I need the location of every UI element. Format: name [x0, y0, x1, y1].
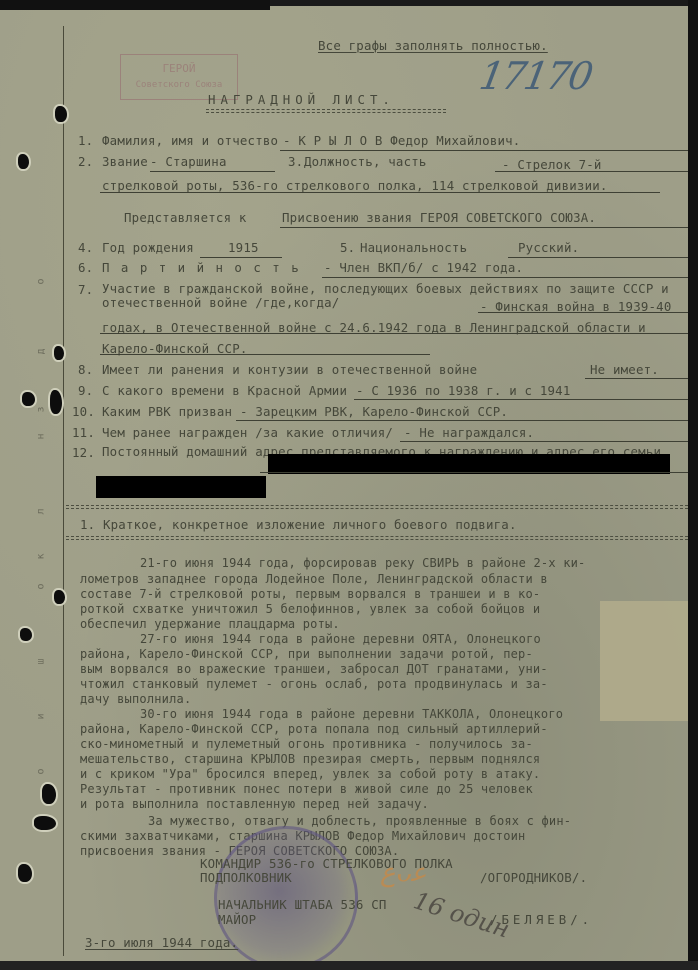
redacted-address [268, 454, 670, 474]
punch-hole [22, 392, 35, 406]
field-5-num: 5. [340, 240, 355, 255]
narrative-line: обеспечил удержание плацдарма роты. [80, 617, 340, 631]
narrative-line: и рота выполнила поставленную перед ней … [80, 797, 429, 811]
field-4-num: 4. [78, 240, 93, 255]
margin-mark: д [36, 348, 47, 354]
award-document-page: о д з н л к о ш и о Все графы заполнять … [0, 6, 688, 961]
document-date: 3-го июля 1944 года. [85, 935, 238, 950]
chief-of-staff-title: НАЧАЛЬНИК ШТАБА 536 СП [218, 897, 387, 912]
commander-name: /ОГОРОДНИКОВ/. [480, 870, 587, 885]
narrative-line: ско-минометный и пулеметный огонь против… [80, 737, 533, 751]
field-6-label: П а р т и й н о с т ь [102, 260, 301, 275]
commander-rank: ПОДПОЛКОВНИК [200, 870, 292, 885]
field-6-value: - Член ВКП/б/ с 1942 года. [324, 260, 523, 275]
section-divider [66, 505, 688, 506]
field-8-value: Не имеет. [590, 362, 659, 377]
field-9-num: 9. [78, 383, 93, 398]
punch-hole [34, 816, 56, 830]
narrative-line: и с криком "Ура" бросился вперед, увлек … [80, 767, 540, 781]
margin-line [63, 26, 64, 956]
field-11-label: Чем ранее награжден /за какие отличия/ [102, 425, 393, 440]
field-12-num: 12. [72, 445, 95, 460]
punch-hole [18, 154, 29, 169]
field-rule [280, 150, 688, 151]
punch-hole [54, 346, 64, 360]
narrative-line: вым ворвался во вражеские траншеи, забро… [80, 662, 548, 676]
narrative-line: мешательство, старшина КРЫЛОВ презирая с… [80, 752, 540, 766]
document-title: НАГРАДНОЙ ЛИСТ. [208, 92, 395, 107]
field-rule [100, 354, 430, 355]
field-rule [200, 257, 282, 258]
field-7-value: - Финская война в 1939-40 годах, в Отече… [102, 296, 682, 359]
title-underline [206, 109, 446, 110]
field-2-num: 2. [78, 154, 93, 169]
narrative-line: лометров западнее города Лодейное Поле, … [80, 572, 548, 586]
stamp-line-1: ГЕРОЙ [121, 61, 237, 77]
punch-hole [42, 784, 56, 804]
field-rule [585, 378, 688, 379]
field-10-label: Каким РВК призван [102, 404, 232, 419]
presented-value: Присвоению звания ГЕРОЯ СОВЕТСКОГО СОЮЗА… [282, 210, 596, 225]
punch-hole [54, 590, 65, 604]
field-5-label: Национальность [360, 240, 467, 255]
punch-hole [20, 628, 32, 641]
margin-mark: л [36, 508, 47, 514]
field-rule [495, 171, 688, 172]
narrative-line: Результат - противник понес потери в жив… [80, 782, 533, 796]
field-10-value: - Зарецким РВК, Карело-Финской ССР. [240, 404, 508, 419]
field-rule [236, 420, 688, 421]
punch-hole [18, 864, 32, 882]
field-1-label: Фамилия, имя и отчество [102, 133, 278, 148]
field-9-value: - С 1936 по 1938 г. и с 1941 [356, 383, 570, 398]
narrative-line: составе 7-й стрелковой роты, первым ворв… [80, 587, 540, 601]
scan-edge [0, 0, 270, 10]
narrative-line: 21-го июня 1944 года, форсировав реку СВ… [140, 556, 585, 570]
section-divider [66, 508, 688, 509]
margin-mark: и [36, 713, 47, 719]
field-rule [478, 312, 688, 313]
margin-mark: н [36, 433, 47, 439]
field-7-num: 7. [78, 282, 93, 297]
field-4-value: 1915 [228, 240, 259, 255]
narrative-line: 30-го июня 1944 года в районе деревни ТА… [140, 707, 563, 721]
field-rule [100, 333, 688, 334]
margin-mark: о [36, 583, 47, 589]
redacted-address [96, 476, 266, 498]
narrative-line: чтожил станковый пулемет - огонь ослаб, … [80, 677, 548, 691]
punch-hole [55, 106, 67, 122]
field-1-num: 1. [78, 133, 93, 148]
field-4-label: Год рождения [102, 240, 194, 255]
narrative-line: района, Карело-Финской ССР, при выполнен… [80, 647, 533, 661]
title-underline [206, 112, 446, 113]
section-divider [66, 539, 688, 540]
paper-stain [600, 601, 688, 721]
header-note: Все графы заполнять полностью. [318, 38, 548, 53]
field-rule [100, 192, 660, 193]
field-6-num: 6. [78, 260, 93, 275]
scan-edge [688, 0, 698, 970]
margin-mark: о [36, 278, 47, 284]
field-8-num: 8. [78, 362, 93, 377]
field-11-num: 11. [72, 425, 95, 440]
commander-title: КОМАНДИР 536-го СТРЕЛКОВОГО ПОЛКА [200, 856, 453, 871]
field-rule [280, 227, 688, 228]
field-rule [354, 399, 688, 400]
stamp-line-2: Советского Союза [121, 77, 237, 93]
presented-label: Представляется к [124, 210, 247, 225]
field-10-num: 10. [72, 404, 95, 419]
field-3-value: - Стрелок 7-й стрелковой роты, 536-го ст… [102, 154, 682, 196]
section-heading: 1. Краткое, конкретное изложение личного… [80, 517, 517, 532]
field-rule [508, 257, 688, 258]
field-8-label: Имеет ли ранения и контузии в отечествен… [102, 362, 477, 377]
scan-edge [0, 961, 698, 970]
archive-number: 17170 [476, 54, 595, 98]
margin-mark: о [36, 768, 47, 774]
pencil-annotation: 16 один [410, 886, 513, 943]
field-11-value: - Не награждался. [404, 425, 534, 440]
chief-of-staff-rank: МАЙОР [218, 912, 256, 927]
margin-mark: ш [36, 658, 47, 664]
margin-mark: к [36, 553, 47, 559]
narrative-line: роткой схватке уничтожил 5 белофиннов, у… [80, 602, 540, 616]
field-1-value: - К Р Ы Л О В Федор Михайлович. [283, 133, 520, 148]
field-rule [322, 277, 688, 278]
narrative-line: 27-го июня 1944 года в районе деревни ОЯ… [140, 632, 541, 646]
narrative-line: дачу выполнила. [80, 692, 191, 706]
section-divider [66, 536, 688, 537]
punch-hole [50, 390, 62, 414]
field-rule [260, 472, 688, 473]
field-rule [400, 441, 688, 442]
margin-mark: з [36, 406, 47, 412]
field-5-value: Русский. [518, 240, 579, 255]
narrative-line: района, Карело-Финской ССР, рота попала … [80, 722, 548, 736]
field-9-label: С какого времени в Красной Армии [102, 383, 347, 398]
narrative-line: За мужество, отвагу и доблесть, проявлен… [148, 814, 571, 828]
